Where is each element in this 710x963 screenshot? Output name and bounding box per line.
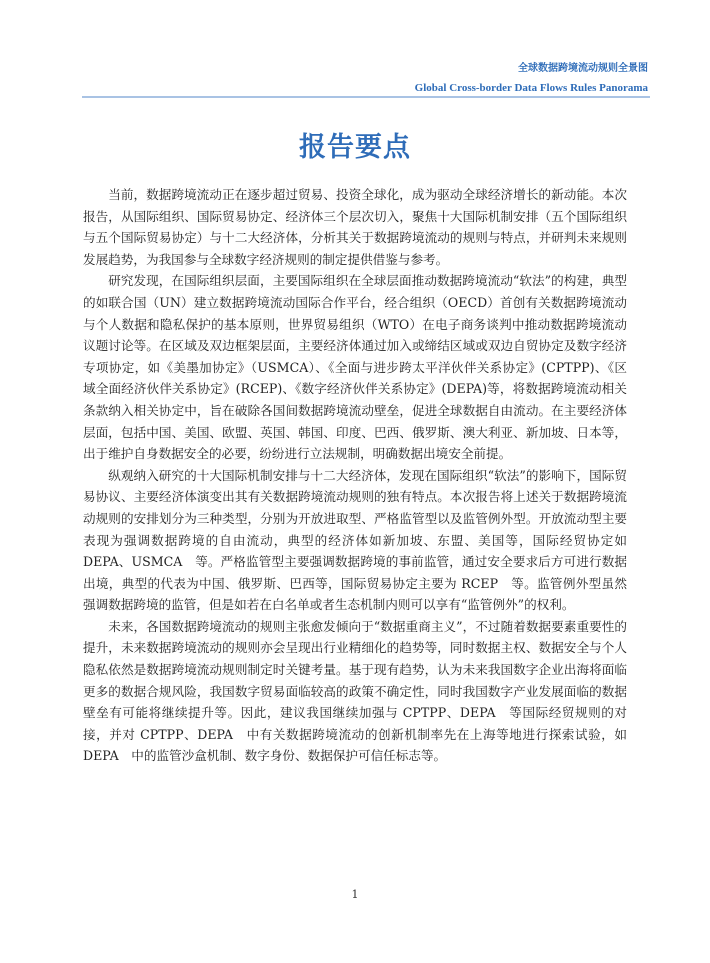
paragraph-classification: 纵观纳入研究的十大国际机制安排与十二大经济体，发现在国际组织“软法”的影响下，国… (83, 465, 627, 616)
page-title: 报告要点 (0, 125, 710, 164)
paragraph-intro: 当前，数据跨境流动正在逐步超过贸易、投资全球化，成为驱动全球经济增长的新动能。本… (83, 184, 627, 270)
header-title-en: Global Cross-border Data Flows Rules Pan… (415, 80, 648, 96)
report-body: 当前，数据跨境流动正在逐步超过贸易、投资全球化，成为驱动全球经济增长的新动能。本… (83, 184, 627, 767)
running-header: 全球数据跨境流动规则全景图 Global Cross-border Data F… (415, 62, 648, 96)
page-number: 1 (0, 888, 710, 901)
header-divider (82, 96, 650, 98)
paragraph-outlook: 未来，各国数据跨境流动的规则主张愈发倾向于“数据重商主义”，不过随着数据要素重要… (83, 616, 627, 767)
header-title-cn: 全球数据跨境流动规则全景图 (415, 62, 648, 76)
paragraph-findings: 研究发现，在国际组织层面，主要国际组织在全球层面推动数据跨境流动“软法”的构建，… (83, 270, 627, 464)
